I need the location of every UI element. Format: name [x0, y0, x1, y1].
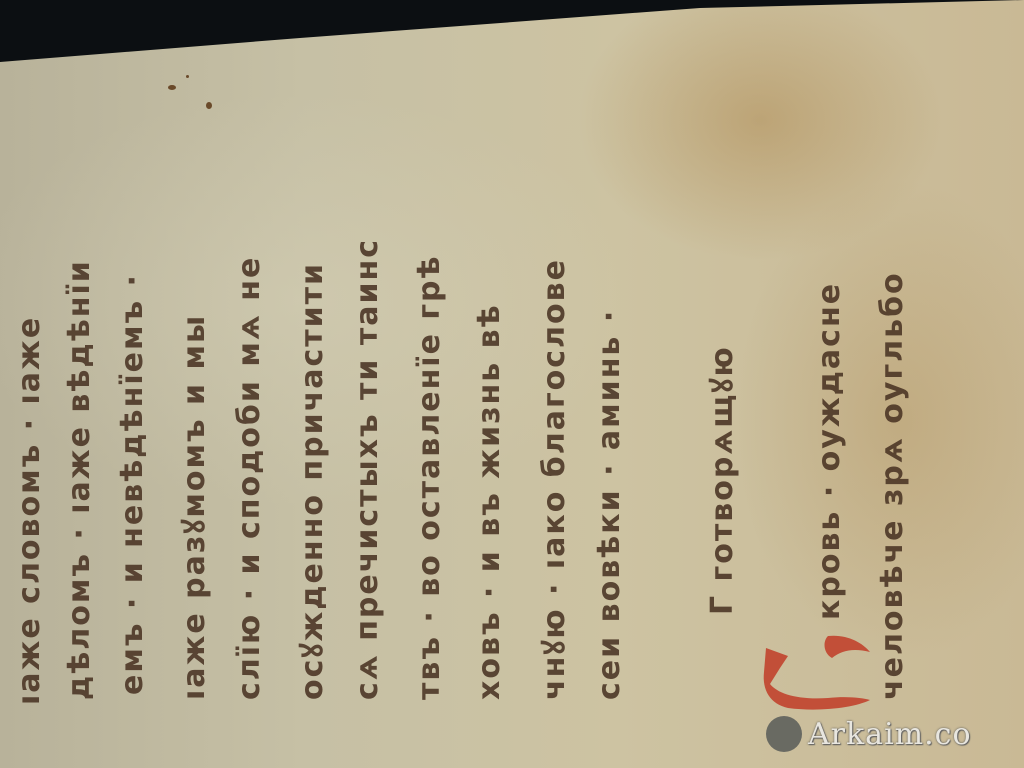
text-line: человѣче зрѧ оугльбо	[875, 271, 910, 700]
text-line: ıаже словомъ · ıаже	[12, 316, 47, 705]
text-line: слїю · и сподоби мѧ не	[232, 256, 267, 700]
text-line: чнꙋю · ıако благослове	[532, 258, 573, 700]
text-line: осꙋжденно причастити	[290, 262, 331, 700]
watermark-logo-icon	[766, 716, 802, 752]
watermark: Arkaim.co	[766, 714, 972, 754]
illuminated-initial	[758, 628, 878, 718]
text-line: ховъ · и въ жизнь вѣ	[472, 303, 507, 700]
text-line: сеи вовѣки · аминь ·	[592, 309, 627, 700]
text-line: емъ · и невѣдѣнїемъ ·	[115, 273, 150, 695]
text-line: кровь · оуждасне	[812, 282, 847, 620]
text-line: ıаже разꙋмомъ и мы	[172, 314, 213, 700]
text-line: сѧ пречистыхъ ти таинс	[350, 238, 385, 700]
text-line: Г готворѧщꙋю	[700, 345, 741, 615]
watermark-text: Arkaim.co	[808, 717, 972, 752]
text-line: дѣломъ · ıаже вѣдѣнїи	[62, 259, 97, 700]
text-line: твъ · во оставленїе грѣ	[412, 254, 447, 700]
